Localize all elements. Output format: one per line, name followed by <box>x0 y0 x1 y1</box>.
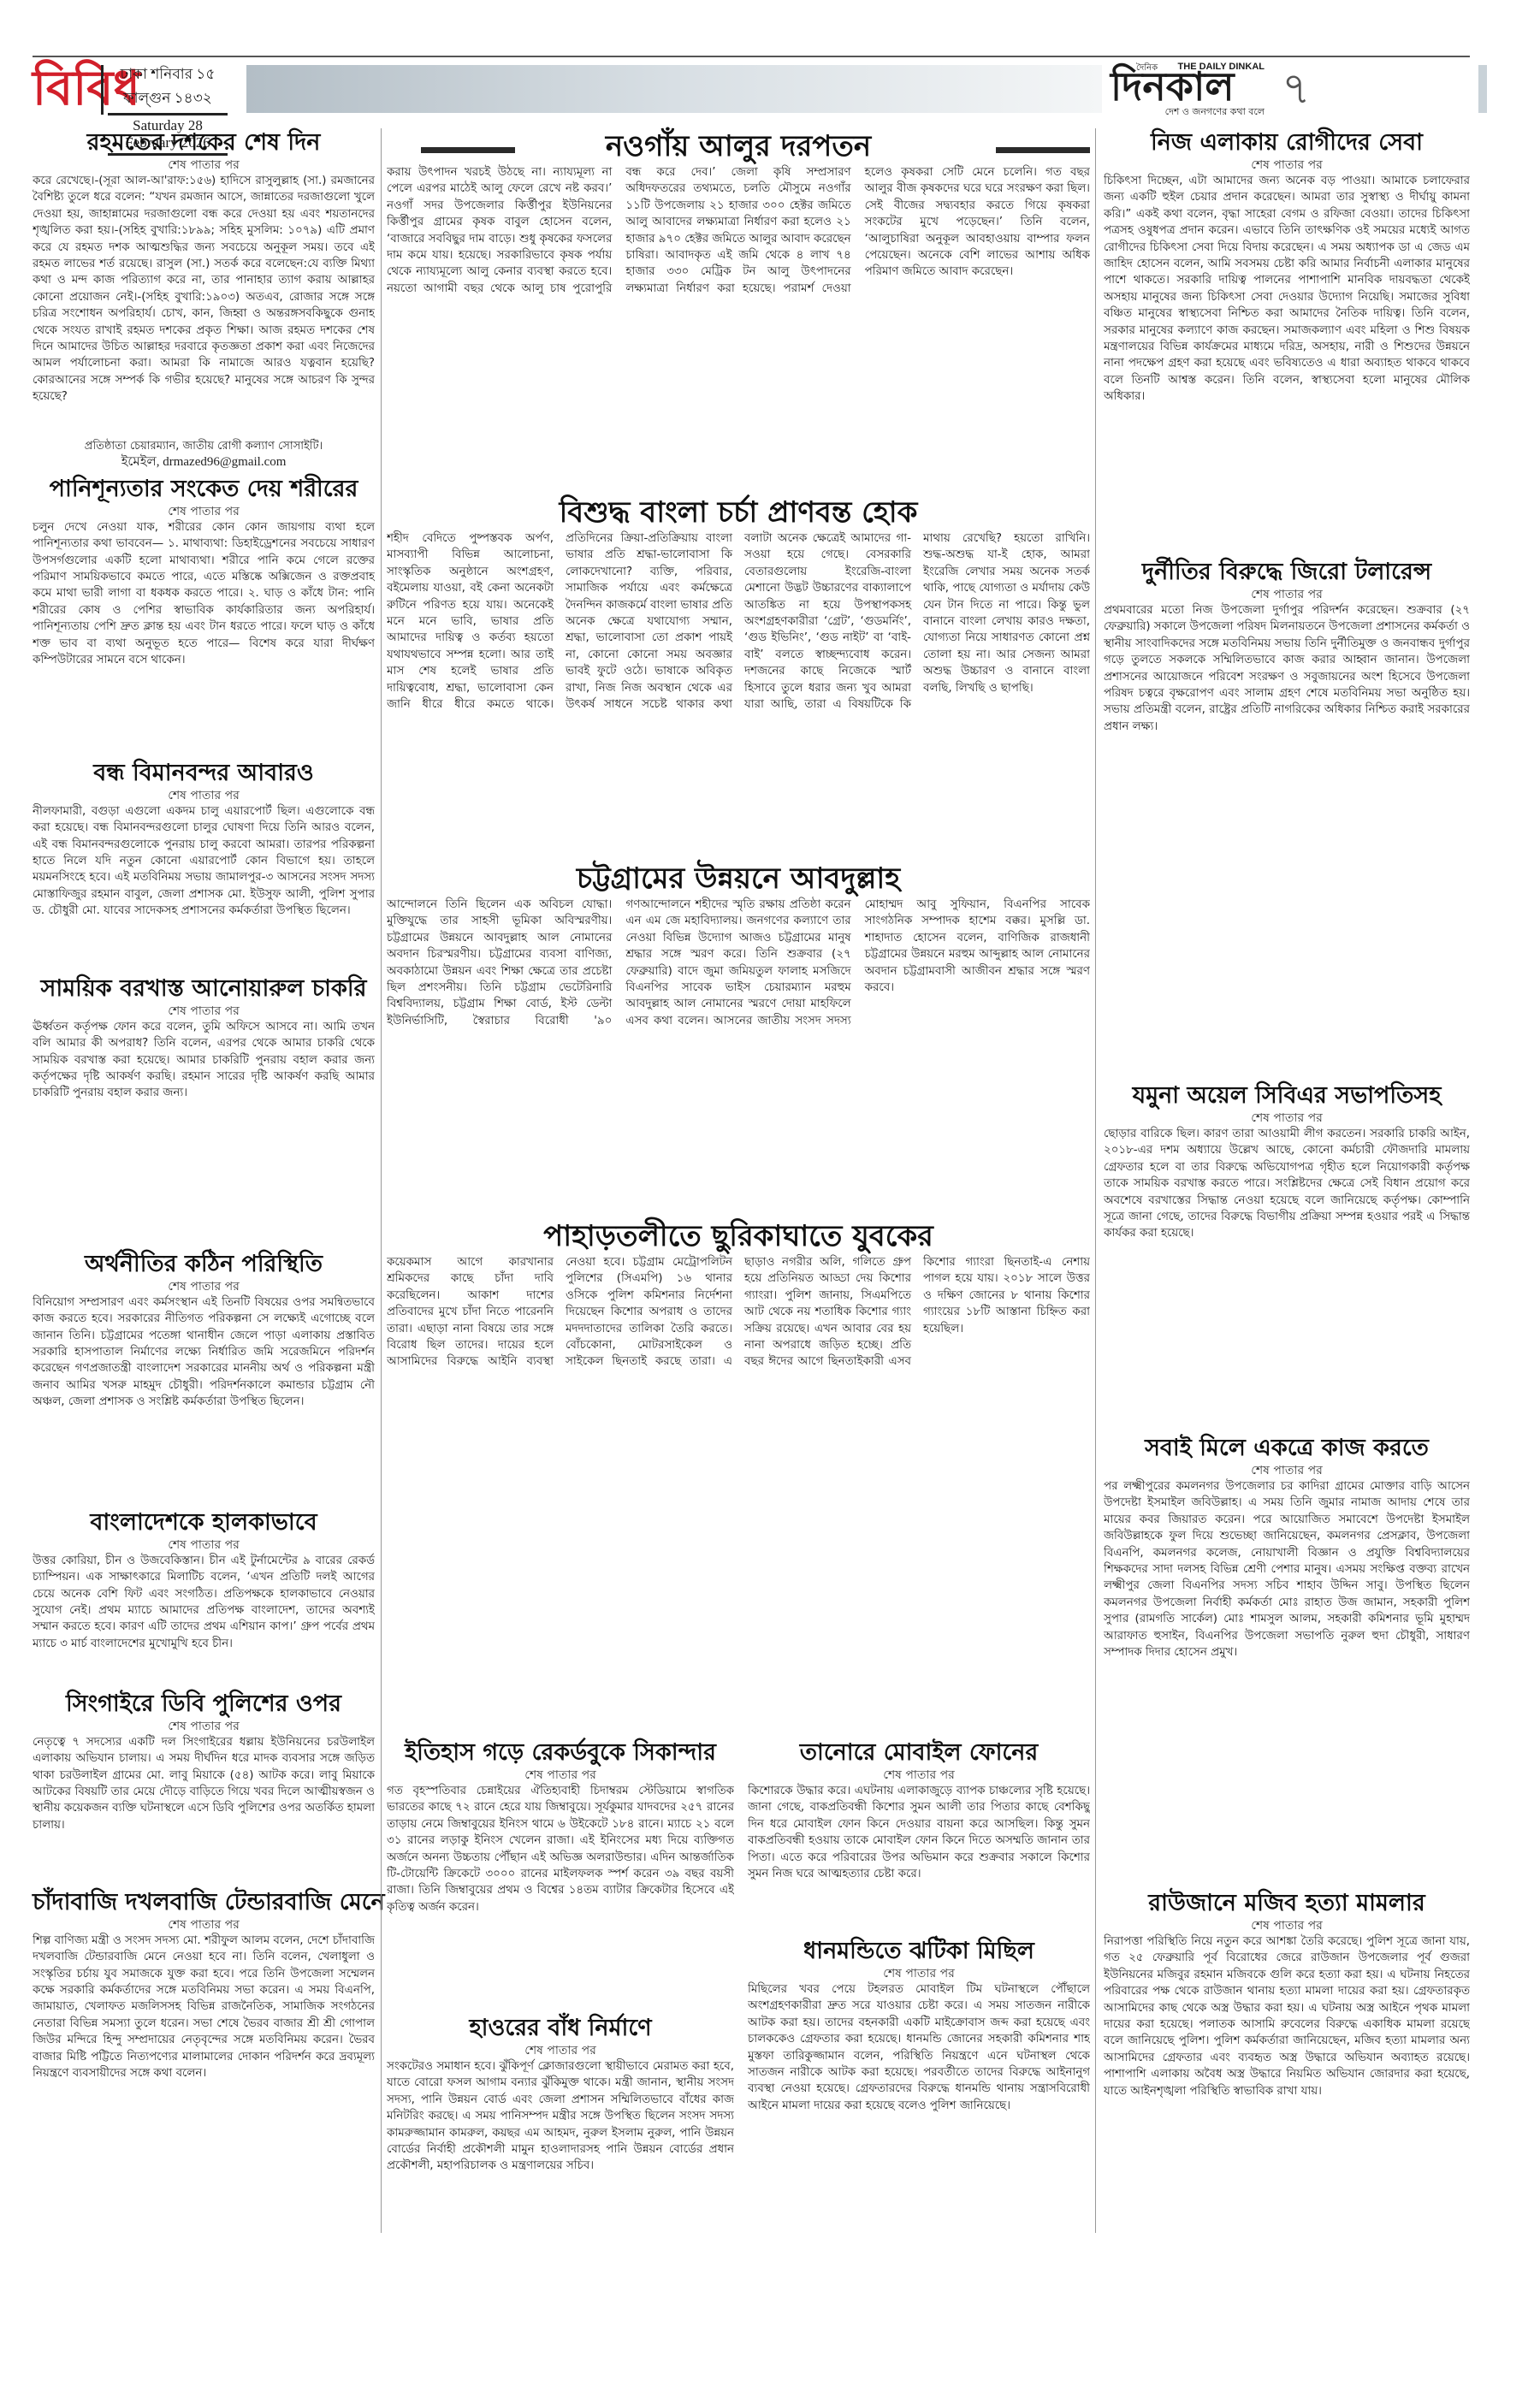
continued-label: শেষ পাতার পর <box>387 1767 734 1783</box>
article-body: কিশোরকে উদ্ধার করে। এঘটনায় এলাকাজুড়ে ব… <box>748 1783 1090 1937</box>
continued-label: শেষ পাতার পর <box>748 1966 1090 1981</box>
article-extortion: চাঁদাবাজি দখলবাজি টেন্ডারবাজি মেনে শেষ প… <box>33 1888 375 2172</box>
logo-tagline: দেশ ও জনগণের কথা বলে <box>1165 104 1265 121</box>
column-divider <box>1095 128 1096 2233</box>
bottom-middle-left: ইতিহাস গড়ে রেকর্ডবুকে সিকান্দার শেষ পাত… <box>387 1738 734 2195</box>
article-sikandar-record: ইতিহাস গড়ে রেকর্ডবুকে সিকান্দার শেষ পাত… <box>387 1738 734 2014</box>
article-body: শিল্প বাণিজ্য মন্ত্রী ও সংসদ সদস্য মো. শ… <box>33 1933 375 2172</box>
article-dhanmondi-procession: ধানমন্ডিতে ঝটিকা মিছিল শেষ পাতার পর মিছি… <box>748 1937 1090 2178</box>
masthead-divider <box>101 65 104 115</box>
article-closed-airports: বন্ধ বিমানবন্দর আবারও শেষ পাতার পর নীলফা… <box>33 759 375 974</box>
masthead: বিবিধ ঢাকা শনিবার ১৫ ফাল্গুন ১৪৩২ Saturd… <box>33 60 1470 120</box>
article-body: কয়েকমাস আগে কারখানার শ্রমিকদের কাছে চাঁ… <box>387 1254 1090 1733</box>
left-column: রহমতের দশকের শেষ দিন শেষ পাতার পর করে রে… <box>33 128 375 2172</box>
article-haor-embankment: হাওরের বাঁধ নির্মাণে শেষ পাতার পর সংকটের… <box>387 2014 734 2195</box>
article-body: ঊর্ধ্বতন কর্তৃপক্ষ ফোন করে বলেন, তুমি অফ… <box>33 1019 375 1250</box>
article-bangladesh-lightly: বাংলাদেশকে হালকাভাবে শেষ পাতার পর উত্তর … <box>33 1508 375 1690</box>
article-body: বিনিয়োগ সম্প্রসারণ এবং কর্মসংস্থান এই ত… <box>33 1294 375 1508</box>
logo-wordmark: দিনকাল <box>1111 65 1235 108</box>
headline: যমুনা অয়েল সিবিএর সভাপতিসহ <box>1104 1081 1470 1110</box>
continued-label: শেষ পাতার পর <box>387 2043 734 2058</box>
continued-label: শেষ পাতার পর <box>1104 1110 1470 1126</box>
article-body: করে রেখেছে।-(সূরা আল-আ'রাফ:১৫৬) হাদিসে র… <box>33 173 375 438</box>
article-jamuna-oil: যমুনা অয়েল সিবিএর সভাপতিসহ শেষ পাতার পর… <box>1104 1081 1470 1434</box>
continued-label: শেষ পাতার পর <box>1104 1463 1470 1478</box>
date-bengali: ঢাকা শনিবার ১৫ ফাল্গুন ১৪৩২ <box>108 63 228 115</box>
continued-label: শেষ পাতার পর <box>33 504 375 519</box>
middle-column: নওগাঁয় আলুর দরপতন করায় উৎপাদন খরচই উঠছ… <box>387 128 1090 2195</box>
continued-label: শেষ পাতার পর <box>33 1279 375 1294</box>
headline: হাওরের বাঁধ নির্মাণে <box>387 2014 734 2043</box>
page-number: ৭ <box>1282 63 1311 115</box>
article-body: মিছিলের খবর পেয়ে টহলরত মোবাইল টিম ঘটনাস… <box>748 1981 1090 2178</box>
continued-label: শেষ পাতার পর <box>33 157 375 173</box>
article-suspension: সাময়িক বরখাস্ত আনোয়ারুল চাকরি শেষ পাতা… <box>33 974 375 1250</box>
page-tab <box>1478 65 1487 113</box>
headline: ধানমন্ডিতে ঝটিকা মিছিল <box>748 1937 1090 1966</box>
headline: চাঁদাবাজি দখলবাজি টেন্ডারবাজি মেনে <box>33 1888 375 1917</box>
article-body: নেতৃত্বে ৭ সদস্যের একটি দল সিংগাইরের ধল্… <box>33 1734 375 1888</box>
headline: সাময়িক বরখাস্ত আনোয়ারুল চাকরি <box>33 974 375 1004</box>
article-body: নীলফামারী, বগুড়া এগুলো একদম চালু এয়ারপ… <box>33 803 375 974</box>
column-divider <box>381 128 382 2233</box>
article-patient-service: নিজ এলাকায় রোগীদের সেবা শেষ পাতার পর চি… <box>1104 128 1470 558</box>
article-body: চলুন দেখে নেওয়া যাক, শরীরের কোন কোন জায… <box>33 519 375 759</box>
article-singair-db-police: সিংগাইরে ডিবি পুলিশের ওপর শেষ পাতার পর ন… <box>33 1690 375 1888</box>
masthead-top-rule <box>33 56 1470 57</box>
article-work-together: সবাই মিলে একত্রে কাজ করতে শেষ পাতার পর প… <box>1104 1434 1470 1889</box>
article-tanore-mobile: তানোরে মোবাইল ফোনের শেষ পাতার পর কিশোরকে… <box>748 1738 1090 1937</box>
headline: বাংলাদেশকে হালকাভাবে <box>33 1508 375 1537</box>
article-body: সংকটেরও সমাধান হবে। ঝুঁকিপূর্ণ ক্লোজারগু… <box>387 2058 734 2195</box>
headline: ইতিহাস গড়ে রেকর্ডবুকে সিকান্দার <box>387 1738 734 1767</box>
headline-rule-right <box>996 147 1090 153</box>
continued-label: শেষ পাতার পর <box>33 1004 375 1019</box>
article-body: চিকিৎসা দিচ্ছেন, এটা আমাদের জন্য অনেক বড… <box>1104 173 1470 558</box>
headline: অর্থনীতির কঠিন পরিস্থিতি <box>33 1250 375 1279</box>
headline: বিশুদ্ধ বাংলা চর্চা প্রাণবন্ত হোক <box>387 494 1090 530</box>
article-body: ছোড়ার বারিকে ছিল। কারণ তারা আওয়ামী লীগ… <box>1104 1126 1470 1434</box>
article-body: পর লক্ষ্মীপুরের কমলনগর উপজেলার চর কাদিরা… <box>1104 1478 1470 1889</box>
article-dehydration: পানিশূন্যতার সংকেত দেয় শরীরের শেষ পাতার… <box>33 475 375 759</box>
headline: নওগাঁয় আলুর দরপতন <box>387 128 1090 164</box>
article-body: করায় উৎপাদন খরচই উঠছে না। ন্যায্যমূল্য … <box>387 164 1090 489</box>
article-naogaon-potato: নওগাঁয় আলুর দরপতন করায় উৎপাদন খরচই উঠছ… <box>387 128 1090 489</box>
continued-label: শেষ পাতার পর <box>748 1767 1090 1783</box>
article-body: গত বৃহস্পতিবার চেন্নাইয়ের ঐতিহ্যবাহী চি… <box>387 1783 734 2014</box>
continued-label: শেষ পাতার পর <box>33 788 375 803</box>
headline: পানিশূন্যতার সংকেত দেয় শরীরের <box>33 475 375 504</box>
article-raozan-murder: রাউজানে মজিব হত্যা মামলার শেষ পাতার পর ন… <box>1104 1889 1470 2259</box>
article-body: শহীদ বেদিতে পুষ্পস্তবক অর্পণ, মাসব্যাপী … <box>387 530 1090 856</box>
continued-label: শেষ পাতার পর <box>33 1537 375 1553</box>
author-email: ইমেইল, drmazed96@gmail.com <box>33 454 375 471</box>
article-rahmat: রহমতের দশকের শেষ দিন শেষ পাতার পর করে রে… <box>33 128 375 471</box>
headline: পাহাড়তলীতে ছুরিকাঘাতে যুবকের <box>387 1218 1090 1254</box>
byline: প্রতিষ্ঠাতা চেয়ারম্যান, জাতীয় রোগী কল্… <box>33 438 375 454</box>
headline: রহমতের দশকের শেষ দিন <box>33 128 375 157</box>
headline: তানোরে মোবাইল ফোনের <box>748 1738 1090 1767</box>
headline: রাউজানে মজিব হত্যা মামলার <box>1104 1889 1470 1918</box>
bottom-middle-row: ইতিহাস গড়ে রেকর্ডবুকে সিকান্দার শেষ পাত… <box>387 1738 1090 2195</box>
article-economy: অর্থনীতির কঠিন পরিস্থিতি শেষ পাতার পর বি… <box>33 1250 375 1508</box>
headline: সিংগাইরে ডিবি পুলিশের ওপর <box>33 1690 375 1719</box>
continued-label: শেষ পাতার পর <box>1104 587 1470 602</box>
article-pahartali-stabbing: পাহাড়তলীতে ছুরিকাঘাতে যুবকের কয়েকমাস আ… <box>387 1218 1090 1733</box>
continued-label: শেষ পাতার পর <box>1104 1918 1470 1933</box>
continued-label: শেষ পাতার পর <box>33 1917 375 1933</box>
bottom-middle-right: তানোরে মোবাইল ফোনের শেষ পাতার পর কিশোরকে… <box>748 1738 1090 2195</box>
article-pure-bangla: বিশুদ্ধ বাংলা চর্চা প্রাণবন্ত হোক শহীদ ব… <box>387 494 1090 856</box>
article-chattogram-development: চট্টগ্রামের উন্নয়নে আবদুল্লাহ আন্দোলনে … <box>387 861 1090 1213</box>
article-zero-tolerance: দুর্নীতির বিরুদ্ধে জিরো টলারেন্স শেষ পাত… <box>1104 558 1470 1081</box>
headline-rule-left <box>421 147 515 153</box>
masthead-gradient-bar <box>246 65 1102 113</box>
article-body: প্রথমবারের মতো নিজ উপজেলা দুর্গাপুর পরিদ… <box>1104 602 1470 1081</box>
headline: চট্টগ্রামের উন্নয়নে আবদুল্লাহ <box>387 861 1090 897</box>
newspaper-logo: দৈনিক THE DAILY DINKAL দিনকাল দেশ ও জনগণ… <box>1111 60 1265 120</box>
headline: সবাই মিলে একত্রে কাজ করতে <box>1104 1434 1470 1463</box>
continued-label: শেষ পাতার পর <box>33 1719 375 1734</box>
continued-label: শেষ পাতার পর <box>1104 157 1470 173</box>
right-column: নিজ এলাকায় রোগীদের সেবা শেষ পাতার পর চি… <box>1104 128 1470 2259</box>
article-body: উত্তর কোরিয়া, চীন ও উজবেকিস্তান। চীন এই… <box>33 1553 375 1690</box>
article-body: আন্দোলনে তিনি ছিলেন এক অবিচল যোদ্ধা। মুক… <box>387 897 1090 1213</box>
headline: বন্ধ বিমানবন্দর আবারও <box>33 759 375 788</box>
headline: দুর্নীতির বিরুদ্ধে জিরো টলারেন্স <box>1104 558 1470 587</box>
headline: নিজ এলাকায় রোগীদের সেবা <box>1104 128 1470 157</box>
article-body: নিরাপত্তা পরিস্থিতি নিয়ে নতুন করে আশঙ্ক… <box>1104 1933 1470 2259</box>
